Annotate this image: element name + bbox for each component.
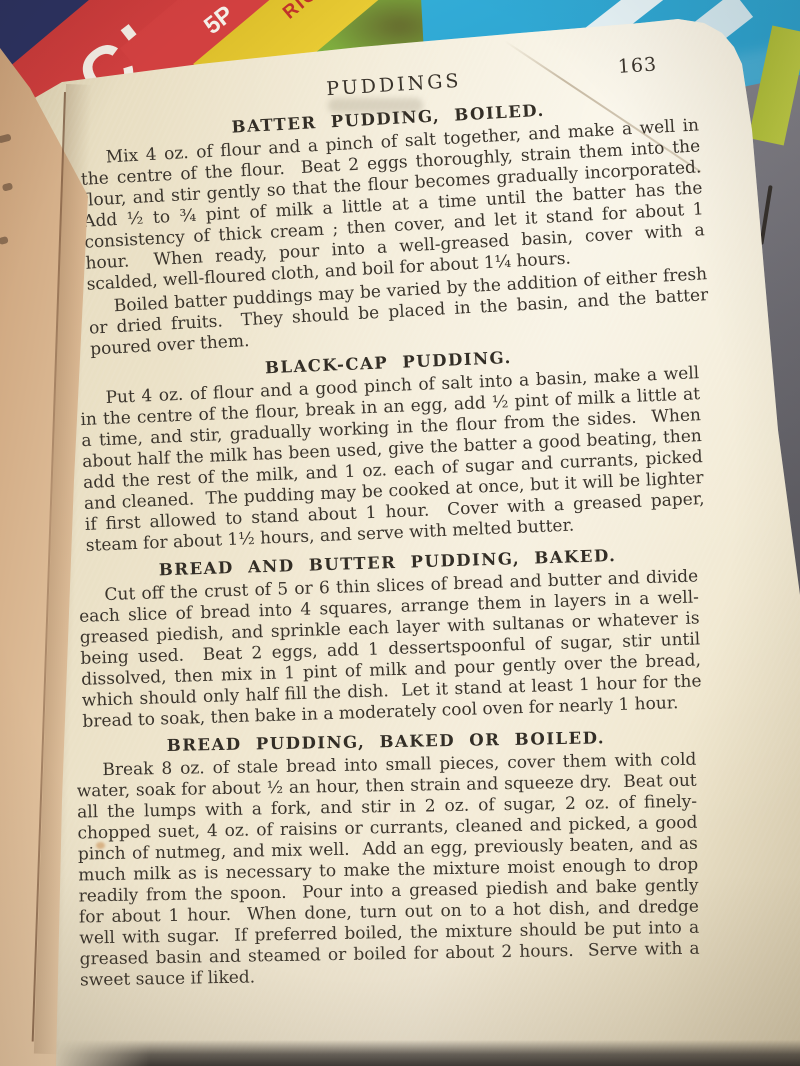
recipe-paragraph: Boiled batter puddings may be varied by … [87,264,709,360]
recipe-heading: BREAD AND BUTTER PUDDING, BAKED. [77,543,697,581]
page-number: 163 [617,53,658,77]
table-shadow [0,1040,800,1066]
recipe-paragraph: Put 4 oz. of flour and a good pinch of s… [79,363,705,557]
recipe-section-black-cap-pudding: BLACK-CAP PUDDING. Put 4 oz. of flour an… [78,340,705,557]
recipe-section-bread-and-butter-pudding: BREAD AND BUTTER PUDDING, BAKED. Cut off… [77,543,702,732]
book-page: PUDDINGS 163 BATTER PUDDING, BOILED. Mix… [0,0,800,1066]
page-content: PUDDINGS 163 BATTER PUDDING, BOILED. Mix… [84,74,704,988]
recipe-section-batter-pudding: BATTER PUDDING, BOILED. Mix 4 oz. of flo… [78,92,710,360]
recipe-section-bread-pudding: BREAD PUDDING, BAKED OR BOILED. Break 8 … [76,727,700,992]
photo-scene: CI 5P RICE C PUDDINGS 163 BATTER PUD [0,0,800,1066]
recipe-paragraph: Mix 4 oz. of flour and a pinch of salt t… [79,115,706,295]
recipe-heading: BREAD PUDDING, BAKED OR BOILED. [76,727,696,757]
ink-showthrough [328,98,423,113]
recipe-heading: BATTER PUDDING, BOILED. [78,92,698,145]
recipe-paragraph: Break 8 oz. of stale bread into small pi… [76,750,700,992]
recipe-heading: BLACK-CAP PUDDING. [78,340,698,385]
dark-edge-mark [759,185,772,245]
page-stain [96,842,105,849]
recipe-paragraph: Cut off the crust of 5 or 6 thin slices … [78,566,702,732]
yellow-band-text: RICE C [279,0,352,24]
page-crease [504,40,701,173]
